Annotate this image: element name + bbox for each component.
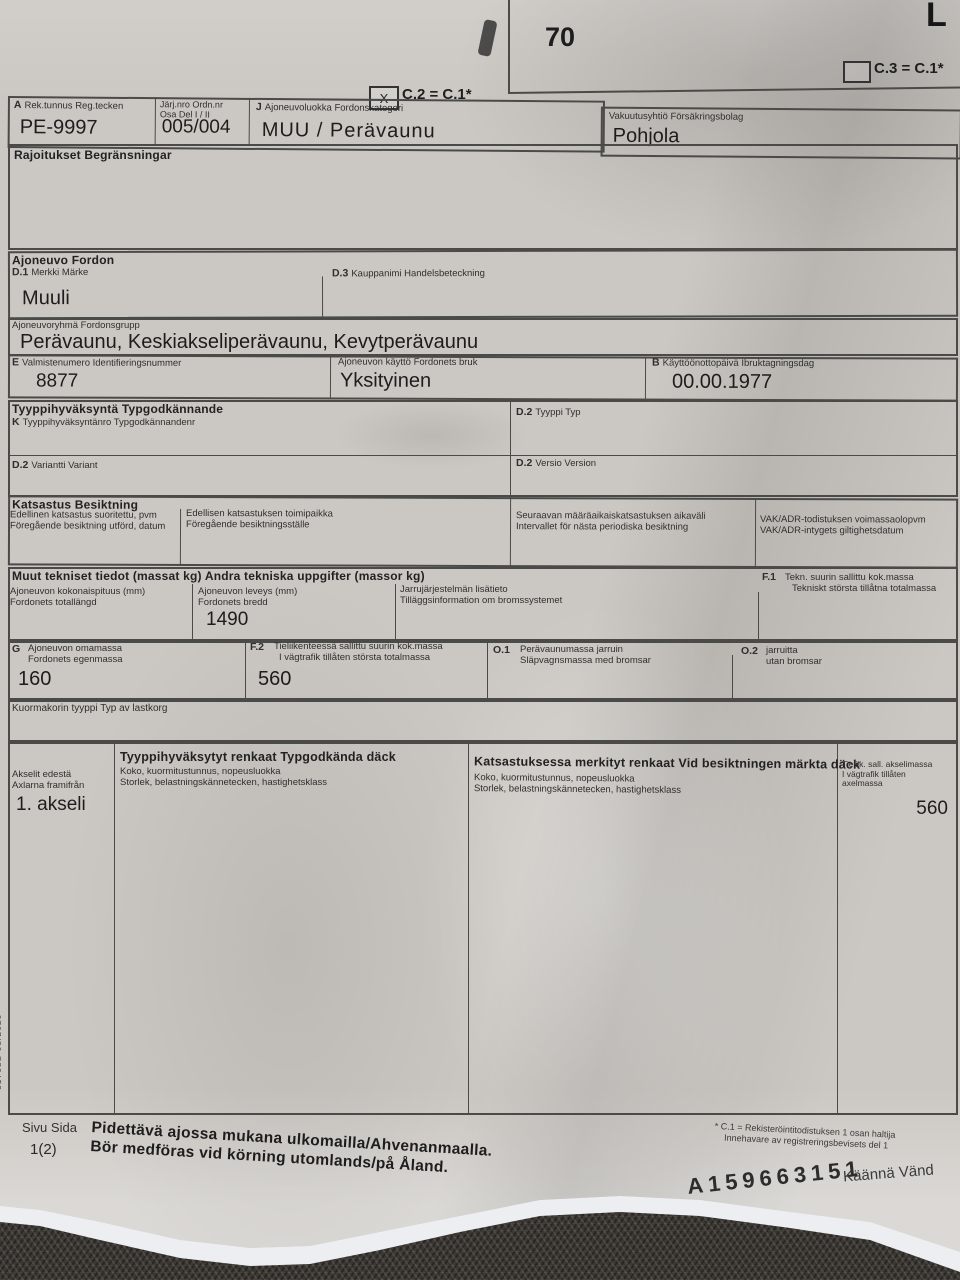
- field-code: D.2: [516, 406, 532, 418]
- ink-mark: [477, 19, 497, 57]
- technical-divider-3: [758, 592, 759, 641]
- axle-1-value: 1. akseli: [16, 794, 86, 816]
- unbraked-trailer-mass-label: jarruitta utan bromsar: [766, 646, 822, 667]
- technical-divider-2: [395, 584, 396, 641]
- corner-letter: L: [926, 0, 947, 35]
- technical-section: Muut tekniset tiedot (massat kg) Andra t…: [8, 567, 958, 641]
- curb-mass-text: Ajoneuvon omamassa Fordonets egenmassa: [28, 644, 123, 665]
- page-number: 70: [545, 22, 575, 53]
- reg-number-label: ARek.tunnus Reg.tecken: [14, 100, 123, 113]
- c3-checkbox: [843, 61, 871, 83]
- vehicle-category-label: JAjoneuvoluokka Fordonskategori: [256, 102, 403, 115]
- vehicle-category-value: MUU / Perävaunu: [262, 119, 436, 143]
- tires-divider-3: [837, 742, 838, 1115]
- tires-divider-1: [114, 742, 115, 1115]
- field-code: D.3: [332, 267, 348, 279]
- type-label: D.2Tyyppi Typ: [516, 407, 581, 419]
- vak-adr-validity-label: VAK/ADR-todistuksen voimassaolopvm VAK/A…: [760, 515, 926, 537]
- brake-info-label: Jarrujärjestelmän lisätieto Tilläggsinfo…: [400, 585, 562, 606]
- approved-tires-title: Tyyppihyväksytyt renkaat Typgodkända däc…: [120, 750, 396, 764]
- tires-divider-2: [468, 742, 469, 1115]
- use-value: Yksityinen: [340, 370, 431, 393]
- total-length-label: Ajoneuvon kokonaispituus (mm) Fordonets …: [10, 587, 145, 608]
- insurance-company-label: Vakuutusyhtiö Försäkringsbolag: [609, 112, 744, 124]
- reg-number-value: PE-9997: [20, 116, 98, 140]
- page-indicator-value: 1(2): [30, 1141, 57, 1158]
- make-tradename-divider: [322, 276, 323, 318]
- upper-table-line-horizontal: [508, 86, 960, 94]
- width-label: Ajoneuvon leveys (mm) Fordonets bredd: [198, 587, 297, 608]
- first-registration-label: BKäyttöönottopäivä Ibruktagningsdag: [652, 358, 814, 370]
- upper-table-line-vertical: [508, 0, 510, 92]
- masses-divider-1: [245, 641, 246, 700]
- c3-equals-c1-label: C.3 = C.1*: [874, 60, 944, 77]
- approval-number-label: KTyyppihyväksyntänro Typgodkännandenr: [12, 417, 195, 429]
- footer-area: Sivu Sida 1(2) Pidettävä ajossa mukana u…: [0, 1115, 960, 1280]
- inspection-section: Katsastus Besiktning Edellinen katsastus…: [8, 495, 958, 568]
- type-approval-title: Tyyppihyväksyntä Typgodkännande: [12, 402, 223, 416]
- curb-mass-label: G: [12, 644, 23, 656]
- field-code: J: [256, 101, 262, 113]
- field-code: B: [652, 357, 660, 369]
- restrictions-section: Rajoitukset Begränsningar: [8, 144, 958, 250]
- trade-name-label: D.3Kauppanimi Handelsbeteckning: [332, 268, 485, 280]
- variant-label: D.2Variantti Variant: [12, 460, 98, 472]
- previous-inspection-date-label: Edellinen katsastus suoritettu, pvm Före…: [10, 510, 165, 532]
- cargo-body-row: Kuormakorin tyyppi Typ av lastkorg: [8, 700, 958, 742]
- axle-mass-label: Tieliik. sall. akselimassa I vägtrafik t…: [842, 760, 932, 789]
- braked-trailer-mass-label: Perävaunumassa jarruin Släpvagnsmassa me…: [520, 645, 651, 666]
- vin-use-divider: [330, 355, 331, 399]
- o1-code: O.1: [493, 645, 513, 657]
- f2-max-total-label: Tieliikenteessä sallittu suurin kok.mass…: [274, 642, 443, 663]
- use-date-divider: [645, 357, 646, 401]
- vin-label: EValmistenumero Identifieringsnummer: [12, 357, 181, 369]
- make-value: Muuli: [22, 287, 70, 310]
- vin-use-date-row: EValmistenumero Identifieringsnummer 887…: [8, 354, 958, 401]
- vin-value: 8877: [36, 370, 78, 392]
- restrictions-label: Rajoitukset Begränsningar: [14, 148, 172, 162]
- masses-row: G Ajoneuvon omamassa Fordonets egenmassa…: [8, 641, 958, 700]
- registration-form: 70 L X C.2 = C.1* C.3 = C.1* ARek.tunnus…: [0, 0, 960, 1280]
- field-code: D.2: [516, 457, 532, 469]
- vehicle-group-value: Perävaunu, Keskiakseliperävaunu, Kevytpe…: [20, 331, 478, 354]
- approved-tires-sub-label: Koko, kuormitustunnus, nopeusluokka Stor…: [120, 767, 327, 788]
- field-code: A: [14, 99, 22, 111]
- field-code: E: [12, 356, 19, 368]
- vehicle-section-title: Ajoneuvo Fordon: [12, 253, 114, 267]
- curb-mass-value: 160: [18, 668, 51, 691]
- axles-label: Akselit edestä Axlarna framifrån: [12, 770, 84, 791]
- document-serial-number: A159663151: [686, 1156, 864, 1200]
- top-strip: 70 L X C.2 = C.1* C.3 = C.1*: [0, 0, 960, 96]
- version-label: D.2Versio Version: [516, 458, 596, 470]
- technical-divider-1: [192, 584, 193, 641]
- f1-max-mass-label: Tekn. suurin sallittu kok.massa Tekniskt…: [785, 573, 936, 594]
- field-code: D.2: [12, 459, 28, 471]
- ordinal-value: 005/004: [162, 116, 231, 139]
- use-label: Ajoneuvon käyttö Fordonets bruk: [338, 357, 477, 368]
- inspected-tires-sub-label: Koko, kuormitustunnus, nopeusluokka Stor…: [474, 773, 681, 796]
- previous-inspection-place-label: Edellisen katsastuksen toimipaikka Föreg…: [186, 509, 333, 531]
- tires-box: [8, 742, 958, 1115]
- carry-notice: Pidettävä ajossa mukana ulkomailla/Ahven…: [90, 1119, 493, 1180]
- f2-code: F.2: [250, 642, 267, 654]
- type-approval-divider: [510, 400, 511, 497]
- next-inspection-interval-label: Seuraavan määräaikaiskatsastuksen aikavä…: [516, 511, 706, 533]
- vehicle-group-row: Ajoneuvoryhmä Fordonsgrupp Perävaunu, Ke…: [8, 318, 958, 356]
- technical-title: Muut tekniset tiedot (massat kg) Andra t…: [12, 569, 425, 583]
- vehicle-box: [8, 249, 958, 319]
- o2-code: O.2: [741, 646, 761, 658]
- max-total-mass-value: 560: [258, 668, 291, 691]
- photo-of-registration-document: 70 L X C.2 = C.1* C.3 = C.1* ARek.tunnus…: [0, 0, 960, 1280]
- vehicle-section: Ajoneuvo Fordon D.1Merkki Märke Muuli D.…: [8, 249, 958, 319]
- masses-divider-3: [732, 655, 733, 700]
- first-registration-value: 00.00.1977: [672, 371, 772, 394]
- c1-holder-note: * C.1 = Rekisteröintitodistuksen 1 osan …: [714, 1121, 896, 1152]
- cargo-body-type-label: Kuormakorin tyyppi Typ av lastkorg: [12, 703, 167, 714]
- field-code: D.1: [12, 266, 28, 278]
- tires-section: Akselit edestä Axlarna framifrån 1. akse…: [8, 742, 958, 1115]
- page-indicator-label: Sivu Sida: [22, 1120, 77, 1135]
- f1-code: F.1: [762, 572, 779, 584]
- field-code: K: [12, 416, 20, 428]
- inspection-divider-1: [180, 509, 181, 566]
- axle-mass-value: 560: [892, 798, 948, 820]
- form-edge-code: 31768S 08/2020: [0, 930, 3, 1090]
- make-label: D.1Merkki Märke: [12, 267, 88, 279]
- width-value: 1490: [206, 609, 248, 631]
- type-approval-section: Tyyppihyväksyntä Typgodkännande KTyyppih…: [8, 400, 958, 497]
- masses-divider-2: [487, 641, 488, 700]
- variant-row-divider: [8, 455, 958, 456]
